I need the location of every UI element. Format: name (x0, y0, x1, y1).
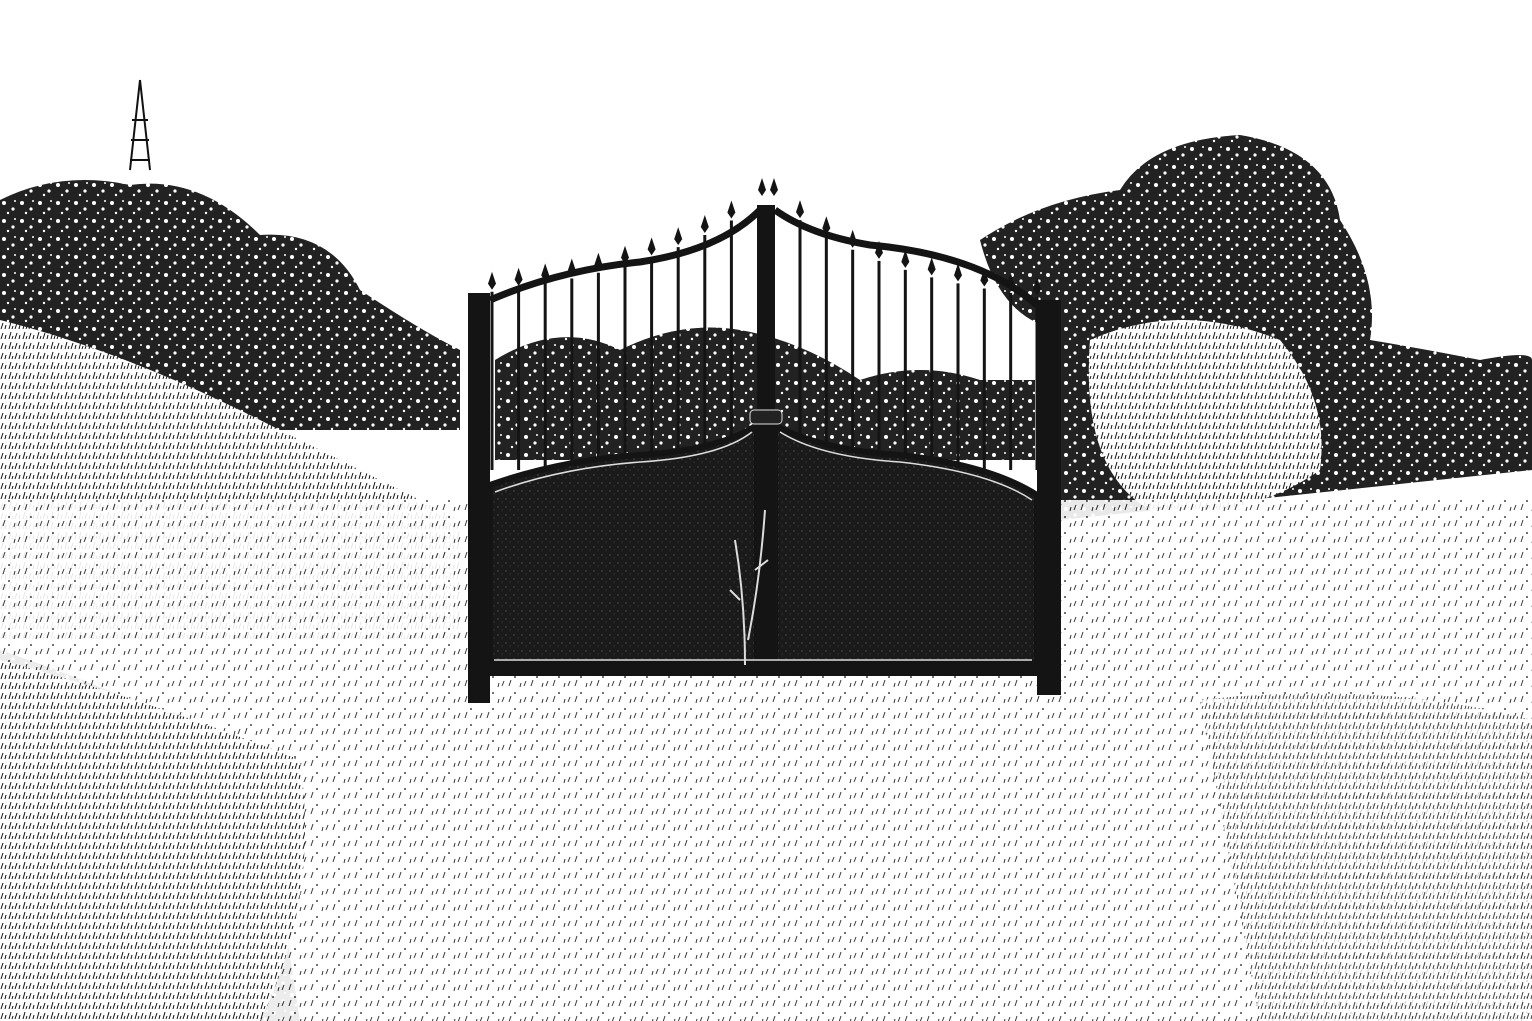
left-post (468, 293, 490, 703)
bottom-rail (488, 660, 1038, 676)
gate-lock (750, 410, 782, 424)
photograph (0, 0, 1532, 1021)
right-post (1037, 300, 1061, 695)
